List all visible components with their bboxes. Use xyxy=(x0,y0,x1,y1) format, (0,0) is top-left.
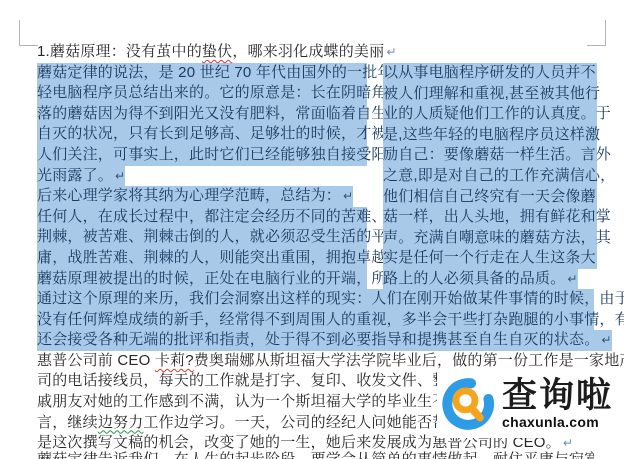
text-line: 他们相信自己终究有一天会像蘑 xyxy=(383,187,597,208)
selected-text-run: 庸，战胜苦难、荆棘的人，则能突出重围，拥抱卓越。↵ xyxy=(37,248,367,269)
paragraph-return-mark: ↵ xyxy=(567,272,577,286)
selected-text-run: 是,这些年轻的电脑程序员这样激 xyxy=(383,125,597,146)
paragraph-return-mark: ↵ xyxy=(386,45,396,59)
text-line: 没有任何辉煌成绩的新手，经常得不到周围人的重视，多半会干些打杂跑腿的小事情，有时 xyxy=(37,310,594,331)
text-line: 被人们理解和重视,甚至被其他行 xyxy=(383,84,597,105)
selected-text-run: 菇一样，出人头地，拥有鲜花和掌 xyxy=(383,207,597,228)
right-text-column[interactable]: 以从事电脑程序研发的人员并不被人们理解和重视,甚至被其他行业的人质疑他们工作的认… xyxy=(383,63,597,290)
margin-crop-mark-top-left xyxy=(19,20,38,46)
text-line: 声。充满自嘲意味的蘑菇方法，其 xyxy=(383,228,597,249)
text-line: 路上的人必须具备的品质。↵ xyxy=(383,269,597,290)
text-line: 励自己：要像蘑菇一样生活。言外 xyxy=(383,145,597,166)
magnifier-logo-icon xyxy=(441,375,499,433)
text-line: 落的蘑菇因为得不到阳光又没有肥料，常面临着自生 xyxy=(37,104,367,125)
watermark-brand-name: 查询啦 xyxy=(502,378,613,415)
text-line: 以从事电脑程序研发的人员并不 xyxy=(383,63,597,84)
paragraph-return-mark: ↵ xyxy=(343,189,353,203)
chaxunla-watermark: 查询啦 chaxunla.com xyxy=(437,369,624,438)
selected-text-run: 人们关注，可事实上，此时它们已经能够独自接受阳 xyxy=(37,145,367,166)
text-line: 通过这个原理的来历，我们会洞察出这样的现实：人们在刚开始做某件事情的时候，由于是 xyxy=(37,289,594,310)
selected-text-run: 光雨露了。↵ xyxy=(37,166,125,187)
selected-text-run: 被人们理解和重视,甚至被其他行 xyxy=(383,84,597,105)
text-line: 是,这些年轻的电脑程序员这样激 xyxy=(383,125,597,146)
paragraph-return-mark: ↵ xyxy=(563,436,573,450)
text-line: 自灭的状况，只有长到足够高、足够壮的时候，才被 xyxy=(37,124,367,145)
text-run: 1.蘑菇原理：没有茧中的蛰伏，哪来羽化成蝶的美丽↵ xyxy=(37,42,397,63)
text-line: 后来心理学家将其纳为心理学范畴，总结为：↵ xyxy=(37,186,367,207)
paragraph-return-mark: ↵ xyxy=(601,333,611,347)
selected-text-run: 后来心理学家将其纳为心理学范畴，总结为：↵ xyxy=(37,186,353,207)
selected-text-run: 没有任何辉煌成绩的新手，经常得不到周围人的重视，多半会干些打杂跑腿的小事情，有时 xyxy=(37,310,594,331)
watermark-site-url: chaxunla.com xyxy=(502,415,613,429)
text-line: 1.蘑菇原理：没有茧中的蛰伏，哪来羽化成蝶的美丽↵ xyxy=(37,42,367,63)
text-line: 人们关注，可事实上，此时它们已经能够独自接受阳 xyxy=(37,145,367,166)
text-line: 庸，战胜苦难、荆棘的人，则能突出重围，拥抱卓越。↵ xyxy=(37,248,367,269)
selected-text-run: 以从事电脑程序研发的人员并不 xyxy=(383,63,597,84)
selected-text-run: 蘑菇原理被提出的时候，正处在电脑行业的开端，所 xyxy=(37,269,367,290)
selected-text-run: 声。充满自嘲意味的蘑菇方法，其 xyxy=(383,228,597,249)
text-line: 任何人，在成长过程中，都注定会经历不同的苦难、 xyxy=(37,207,367,228)
selected-text-run: 业的人质疑他们工作的认真度。于 xyxy=(383,104,597,125)
spellcheck-squiggle: 蛰伏 xyxy=(202,43,232,60)
text-line: 蘑菇定律的说法，是 20 世纪 70 年代由国外的一批年 xyxy=(37,63,367,84)
text-line: 荆棘，被苦难、荆棘击倒的人，就必须忍受生活的平 xyxy=(37,227,367,248)
text-run: 戚朋友对她的工作感到不满，认为一个斯坦福大学的毕业生不应该做 xyxy=(37,392,493,413)
selected-text-run: 自灭的状况，只有长到足够高、足够壮的时候，才被 xyxy=(37,124,367,145)
selected-text-run: 轻电脑程序员总结出来的。它的原意是：长在阴暗角 xyxy=(37,83,367,104)
left-text-column[interactable]: 1.蘑菇原理：没有茧中的蛰伏，哪来羽化成蝶的美丽↵蘑菇定律的说法，是 20 世纪… xyxy=(37,42,367,289)
spellcheck-squiggle: 卡莉? xyxy=(155,352,194,369)
selected-text-run: 还会接受各种无端的批评和指责，处于得不到必要指导和提携甚至自生自灭的状态。↵ xyxy=(37,330,612,351)
text-line: 蘑菇原理被提出的时候，正处在电脑行业的开端，所 xyxy=(37,269,367,290)
watermark-text-block: 查询啦 chaxunla.com xyxy=(502,378,613,430)
text-line: 业的人质疑他们工作的认真度。于 xyxy=(383,104,597,125)
text-run: 言，继续边努力工作边学习。一天，公司的经纪人问她能否帮忙写点 xyxy=(37,413,493,434)
document-page: 1.蘑菇原理：没有茧中的蛰伏，哪来羽化成蝶的美丽↵蘑菇定律的说法，是 20 世纪… xyxy=(0,0,624,459)
text-line: 还会接受各种无端的批评和指责，处于得不到必要指导和提携甚至自生自灭的状态。↵ xyxy=(37,330,594,351)
selected-text-run: 之意,即是对自己的工作充满信心， xyxy=(383,166,597,187)
grammar-squiggle: 边努力 xyxy=(98,414,144,431)
selected-text-run: 蘑菇定律的说法，是 20 世纪 70 年代由国外的一批年 xyxy=(37,63,367,84)
selected-text-run: 通过这个原理的来历，我们会洞察出这样的现实：人们在刚开始做某件事情的时候，由于是 xyxy=(37,289,594,310)
selected-text-run: 实是任何一个行走在人生这条大 xyxy=(383,248,597,269)
text-line: 光雨露了。↵ xyxy=(37,166,367,187)
text-line: 轻电脑程序员总结出来的。它的原意是：长在阴暗角 xyxy=(37,83,367,104)
selected-text-run: 他们相信自己终究有一天会像蘑 xyxy=(383,187,597,208)
text-run: 司的电话接线员，每天的工作就是打字、复印、收发文件、整理文件 xyxy=(37,371,493,392)
paragraph-return-mark: ↵ xyxy=(115,169,125,183)
text-line: 之意,即是对自己的工作充满信心， xyxy=(383,166,597,187)
text-line: 实是任何一个行走在人生这条大 xyxy=(383,248,597,269)
margin-crop-mark-top-right xyxy=(587,20,606,46)
selected-text-run: 荆棘，被苦难、荆棘击倒的人，就必须忍受生活的平 xyxy=(37,227,367,248)
selected-text-run: 落的蘑菇因为得不到阳光又没有肥料，常面临着自生 xyxy=(37,104,367,125)
selected-text-run: 励自己：要像蘑菇一样生活。言外 xyxy=(383,145,597,166)
text-line: 菇一样，出人头地，拥有鲜花和掌 xyxy=(383,207,597,228)
selected-text-run: 路上的人必须具备的品质。↵ xyxy=(383,269,578,290)
clipped-bottom-text-line: 蘑菇定律告诉我们，在人生的起步阶段，要学会从简单的事情做起，耐住平庸与寂寞 xyxy=(37,450,594,459)
selected-text-run: 任何人，在成长过程中，都注定会经历不同的苦难、 xyxy=(37,207,367,228)
